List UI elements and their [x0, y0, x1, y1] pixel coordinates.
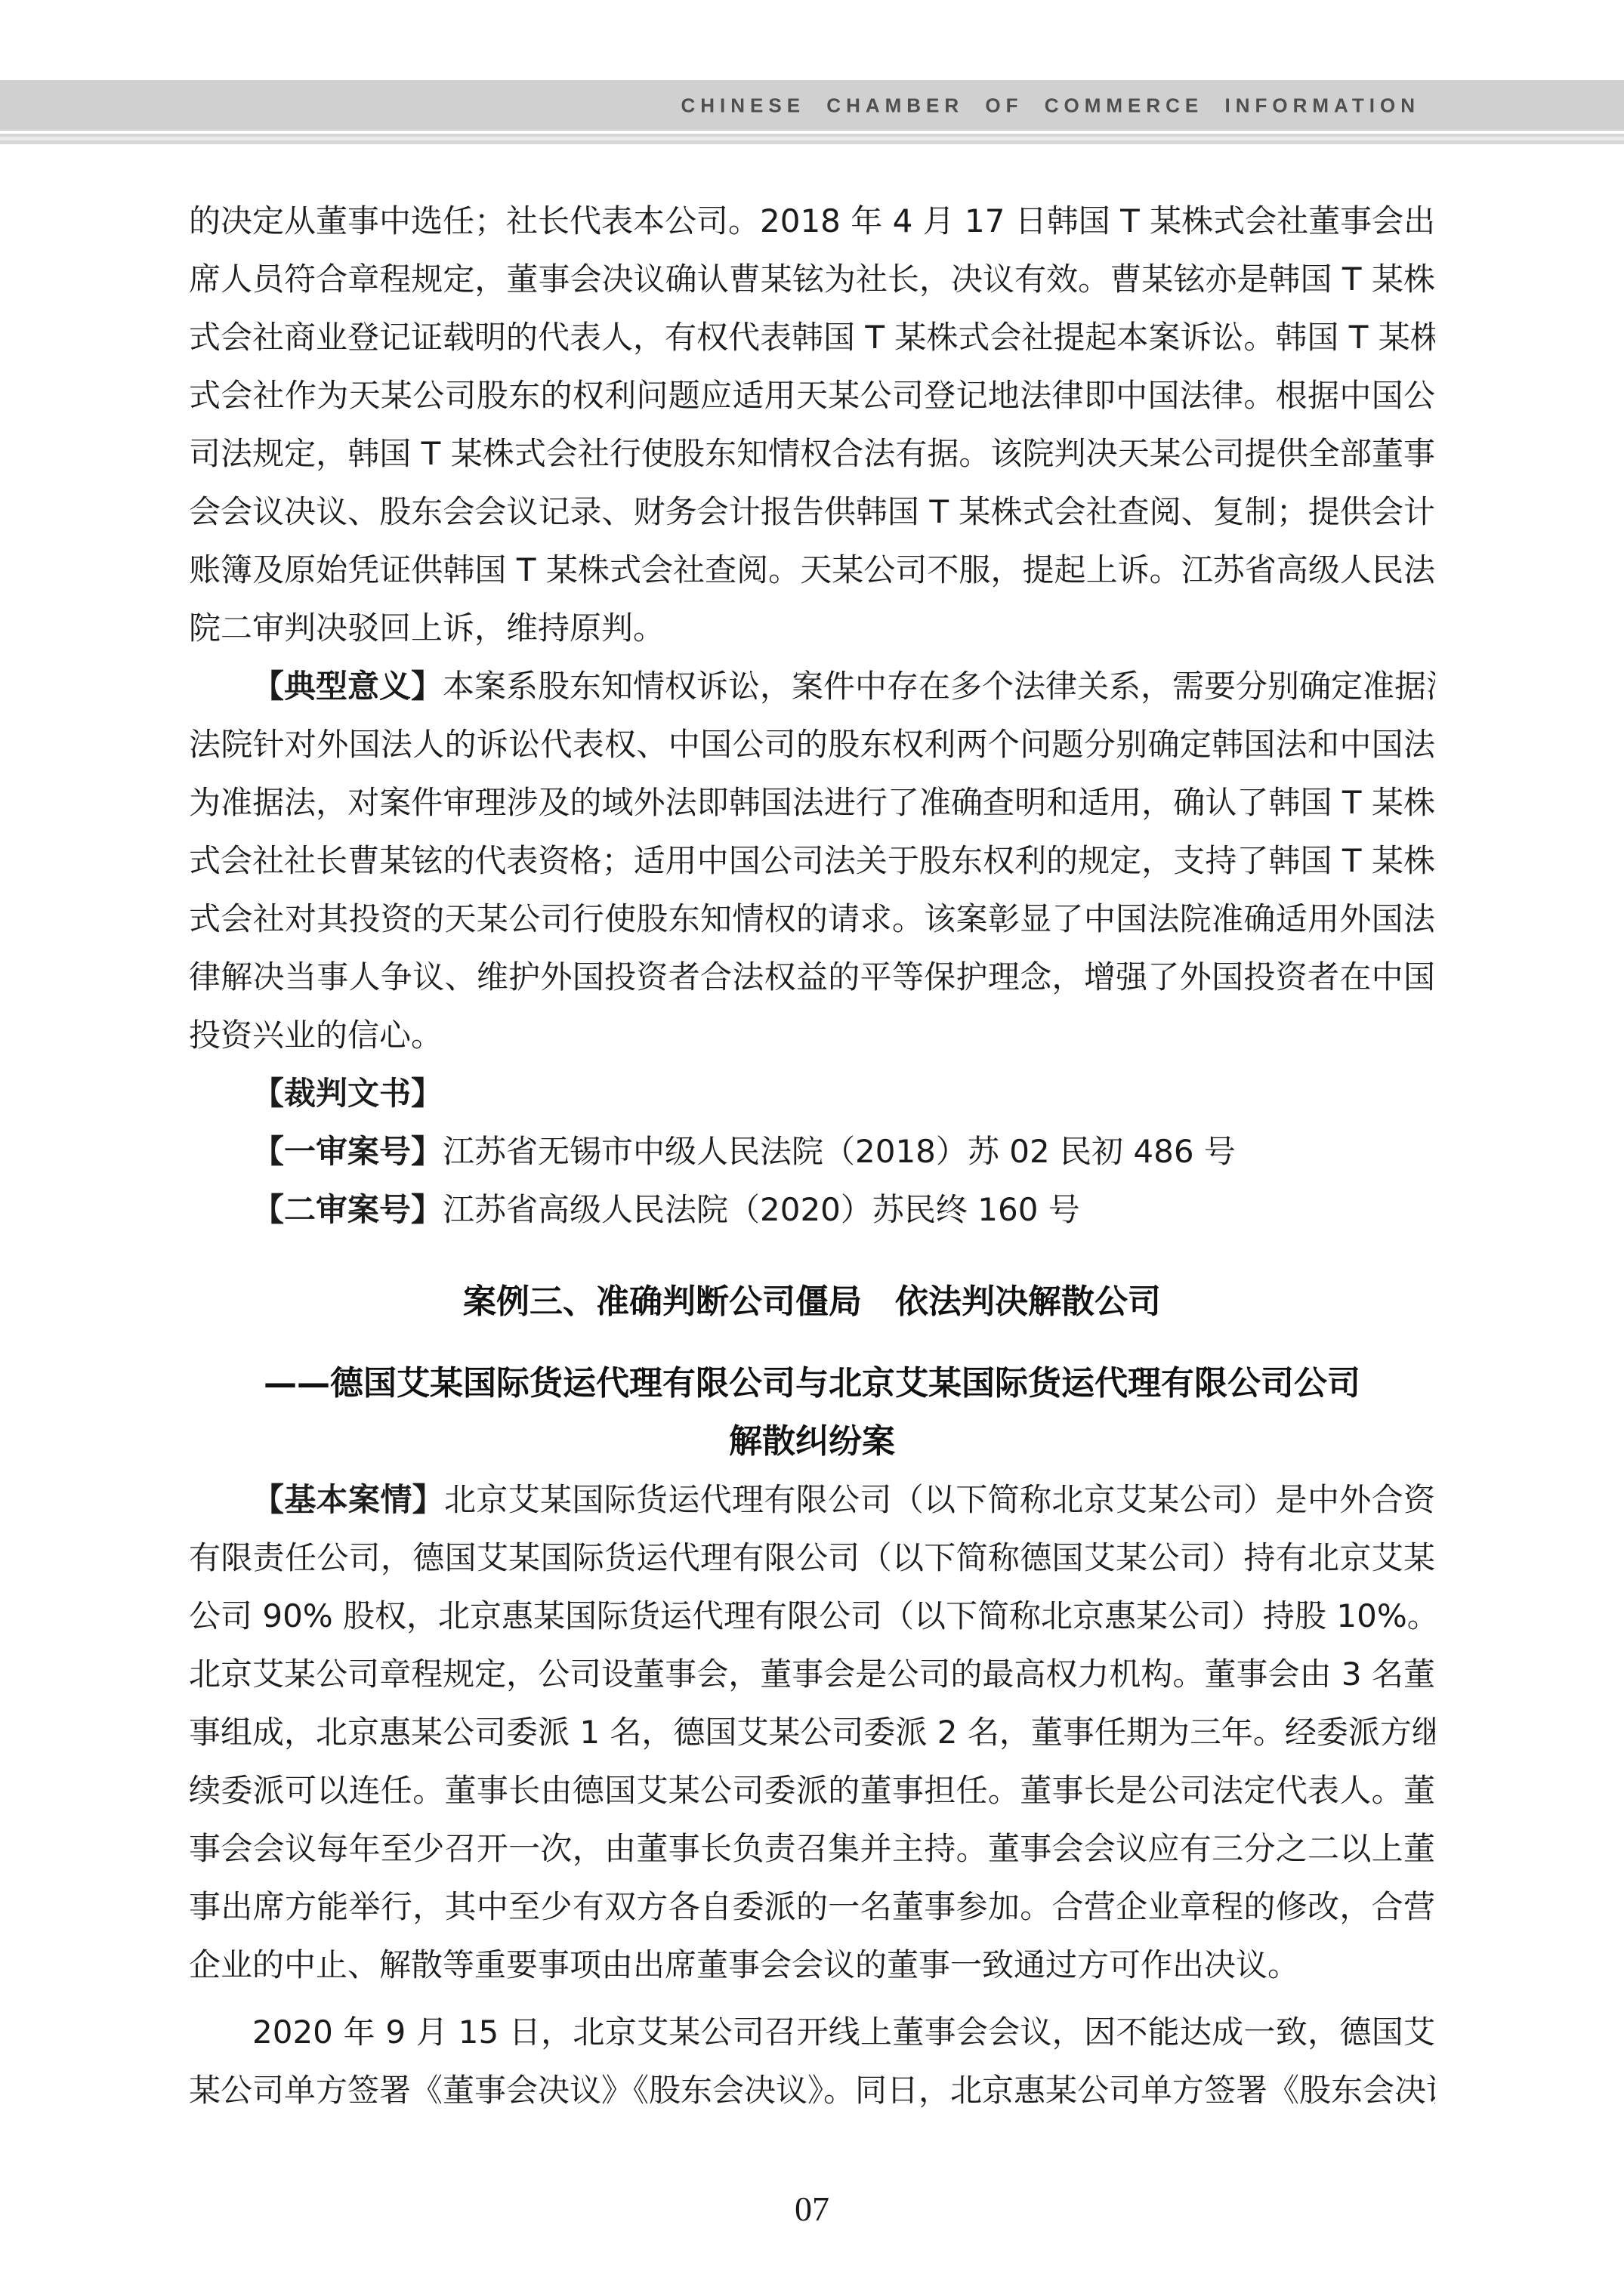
case-subheading-line: 解散纠纷案: [189, 1412, 1435, 1471]
text-line: 式会社作为天某公司股东的权利问题应适用天某公司登记地法律即中国法律。根据中国公: [189, 366, 1435, 424]
text-line: 司法规定，韩国 T 某株式会社行使股东知情权合法有据。该院判决天某公司提供全部董…: [189, 424, 1435, 483]
bold-bracket-label: 【裁判文书】: [252, 1075, 443, 1112]
text-line: 【基本案情】北京艾某国际货运代理有限公司（以下简称北京艾某公司）是中外合资: [189, 1471, 1435, 1529]
case-heading: 案例三、准确判断公司僵局 依法判决解散公司: [189, 1273, 1435, 1331]
text-line: 【裁判文书】: [189, 1064, 1435, 1122]
text-line: 事出席方能举行，其中至少有双方各自委派的一名董事参加。合营企业章程的修改，合营: [189, 1878, 1435, 1936]
text-line: 公司 90% 股权，北京惠某国际货运代理有限公司（以下简称北京惠某公司）持股 1…: [189, 1587, 1435, 1645]
document-body: 的决定从董事中选任；社长代表本公司。2018 年 4 月 17 日韩国 T 某株…: [189, 192, 1435, 2119]
text-line: 事组成，北京惠某公司委派 1 名，德国艾某公司委派 2 名，董事任期为三年。经委…: [189, 1703, 1435, 1761]
text-line: 院二审判决驳回上诉，维持原判。: [189, 599, 1435, 657]
text-line: 【一审案号】江苏省无锡市中级人民法院（2018）苏 02 民初 486 号: [189, 1122, 1435, 1180]
text-line: 【典型意义】本案系股东知情权诉讼，案件中存在多个法律关系，需要分别确定准据法。: [189, 657, 1435, 715]
text-line: 【二审案号】江苏省高级人民法院（2020）苏民终 160 号: [189, 1180, 1435, 1239]
text-line: 式会社社长曹某铉的代表资格；适用中国公司法关于股东权利的规定，支持了韩国 T 某…: [189, 832, 1435, 890]
case-subheading-line: ——德国艾某国际货运代理有限公司与北京艾某国际货运代理有限公司公司: [189, 1354, 1435, 1412]
text-line: 某公司单方签署《董事会决议》《股东会决议》。同日，北京惠某公司单方签署《股东会决…: [189, 2061, 1435, 2119]
bold-bracket-label: 【一审案号】: [252, 1133, 443, 1170]
bold-bracket-label: 【基本案情】: [252, 1481, 444, 1518]
text-line: 有限责任公司，德国艾某国际货运代理有限公司（以下简称德国艾某公司）持有北京艾某: [189, 1529, 1435, 1587]
text-line: 会会议决议、股东会会议记录、财务会计报告供韩国 T 某株式会社查阅、复制；提供会…: [189, 483, 1435, 541]
text-line: 律解决当事人争议、维护外国投资者合法权益的平等保护理念，增强了外国投资者在中国: [189, 948, 1435, 1006]
text-line: 账簿及原始凭证供韩国 T 某株式会社查阅。天某公司不服，提起上诉。江苏省高级人民…: [189, 541, 1435, 599]
bold-bracket-label: 【典型意义】: [252, 668, 443, 705]
header-rule: [0, 134, 1624, 144]
text-line: 事会会议每年至少召开一次，由董事长负责召集并主持。董事会会议应有三分之二以上董: [189, 1819, 1435, 1878]
text-line: 投资兴业的信心。: [189, 1006, 1435, 1064]
bold-bracket-label: 【二审案号】: [252, 1191, 443, 1228]
header-title: CHINESE CHAMBER OF COMMERCE INFORMATION: [681, 94, 1420, 117]
document-page: CHINESE CHAMBER OF COMMERCE INFORMATION …: [0, 0, 1624, 2293]
text-line: 法院针对外国法人的诉讼代表权、中国公司的股东权利两个问题分别确定韩国法和中国法: [189, 715, 1435, 773]
text-line: 企业的中止、解散等重要事项由出席董事会会议的董事一致通过方可作出决议。: [189, 1936, 1435, 1994]
text-line: 续委派可以连任。董事长由德国艾某公司委派的董事担任。董事长是公司法定代表人。董: [189, 1761, 1435, 1819]
text-line: 北京艾某公司章程规定，公司设董事会，董事会是公司的最高权力机构。董事会由 3 名…: [189, 1645, 1435, 1703]
text-line: 为准据法，对案件审理涉及的域外法即韩国法进行了准确查明和适用，确认了韩国 T 某…: [189, 773, 1435, 832]
text-line: 式会社对其投资的天某公司行使股东知情权的请求。该案彰显了中国法院准确适用外国法: [189, 890, 1435, 948]
text-line: 的决定从董事中选任；社长代表本公司。2018 年 4 月 17 日韩国 T 某株…: [189, 192, 1435, 250]
page-number: 07: [0, 2189, 1624, 2229]
text-line: 式会社商业登记证载明的代表人，有权代表韩国 T 某株式会社提起本案诉讼。韩国 T…: [189, 308, 1435, 366]
text-line: 2020 年 9 月 15 日，北京艾某公司召开线上董事会会议，因不能达成一致，…: [189, 2003, 1435, 2061]
header-band: CHINESE CHAMBER OF COMMERCE INFORMATION: [0, 80, 1624, 131]
text-line: 席人员符合章程规定，董事会决议确认曹某铉为社长，决议有效。曹某铉亦是韩国 T 某…: [189, 250, 1435, 308]
